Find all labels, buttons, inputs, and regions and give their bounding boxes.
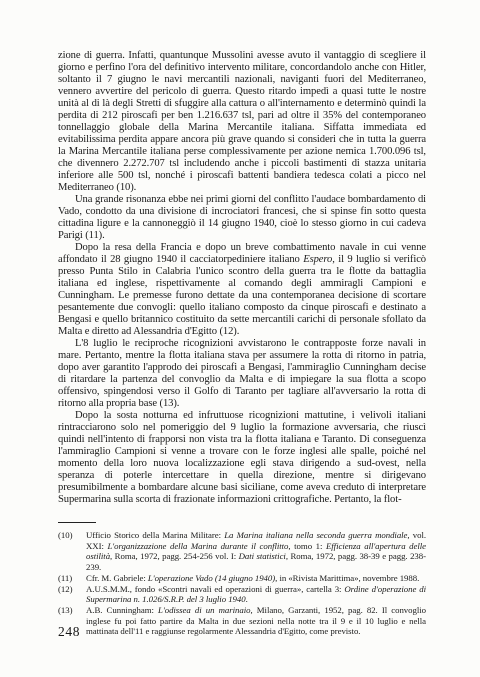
ship-name-espero: Espero — [303, 254, 332, 265]
footnote-10-text-a: Ufficio Storico della Marina Militare: — [86, 530, 224, 540]
footnote-10-text-d: , Roma, 1972, pagg. 254-256 vol. I: — [110, 551, 239, 561]
footnote-11-title: L'operazione Vado (14 giugno 1940) — [148, 573, 275, 583]
paragraph-5: Dopo la sosta notturna ed infruttuose ri… — [58, 410, 426, 506]
footnote-13-label: (13) — [58, 605, 72, 616]
footnote-11-text-a: Cfr. M. Gabriele: — [86, 573, 148, 583]
footnote-12-text-b: . — [246, 594, 248, 604]
footnote-12: (12)A.U.S.M.M., fondo «Scontri navali ed… — [58, 584, 426, 605]
paragraph-3-text-b: , il 9 luglio si verificò presso Punta S… — [58, 254, 426, 337]
paragraph-1: zione di guerra. Infatti, quantunque Mus… — [58, 50, 426, 194]
footnote-11-label: (11) — [58, 573, 72, 584]
footnote-12-text-a: A.U.S.M.M., fondo «Scontri navali ed ope… — [86, 584, 344, 594]
footnote-10-text-c: , tomo 1: — [288, 541, 326, 551]
footnote-13: (13)A.B. Cunningham: L'odissea di un mar… — [58, 605, 426, 637]
footnote-10-title-4: Dati statistici — [239, 551, 286, 561]
footnote-10-label: (10) — [58, 530, 72, 541]
footnote-11-text-b: , in «Rivista Marittima», novembre 1988. — [275, 573, 419, 583]
footnote-10: (10)Ufficio Storico della Marina Militar… — [58, 530, 426, 573]
footnote-10-title-2: L'organizzazione della Marina durante il… — [107, 541, 288, 551]
footnotes-section: (10)Ufficio Storico della Marina Militar… — [58, 522, 426, 637]
paragraph-2: Una grande risonanza ebbe nei primi gior… — [58, 194, 426, 242]
book-page: zione di guerra. Infatti, quantunque Mus… — [0, 0, 480, 677]
footnote-separator — [58, 522, 96, 523]
footnote-13-text-a: A.B. Cunningham: — [86, 605, 158, 615]
paragraph-3: Dopo la resa della Francia e dopo un bre… — [58, 242, 426, 338]
main-text: zione di guerra. Infatti, quantunque Mus… — [58, 50, 426, 506]
footnote-12-label: (12) — [58, 584, 72, 595]
paragraph-4: L'8 luglio le reciproche ricognizioni av… — [58, 338, 426, 410]
page-number: 248 — [58, 624, 80, 640]
footnote-10-title-1: La Marina italiana nella seconda guerra … — [224, 530, 407, 540]
footnote-13-title: L'odissea di un marinaio — [158, 605, 250, 615]
footnote-11: (11)Cfr. M. Gabriele: L'operazione Vado … — [58, 573, 426, 584]
